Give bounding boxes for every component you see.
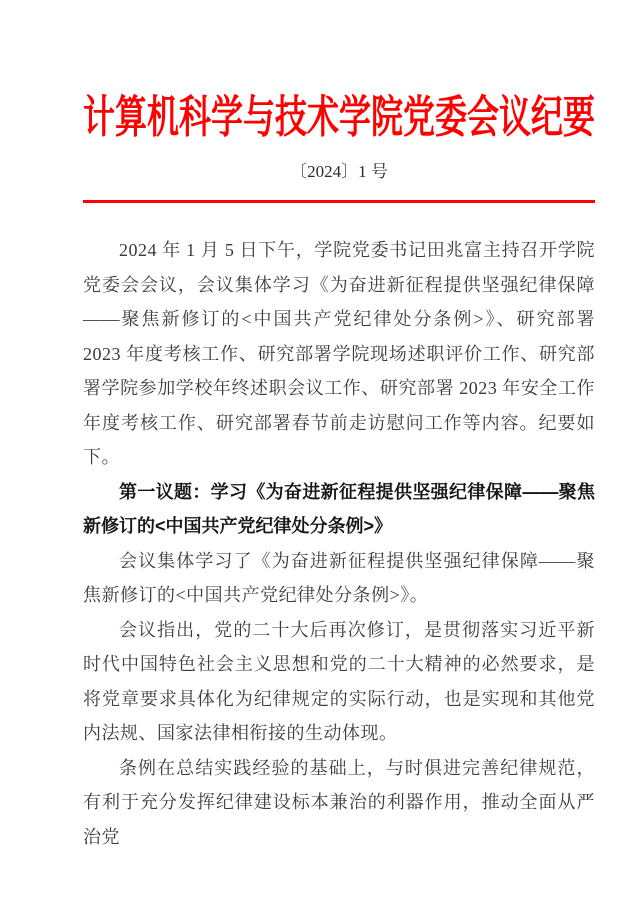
paragraph-collective-study: 会议集体学习了《为奋进新征程提供坚强纪律保障——聚焦新修订的<中国共产党纪律处分…	[83, 544, 595, 613]
document-content: 计算机科学与技术学院党委会议纪要 〔2024〕1 号 2024 年 1 月 5 …	[0, 0, 639, 854]
document-page: 计算机科学与技术学院党委会议纪要 〔2024〕1 号 2024 年 1 月 5 …	[0, 0, 639, 905]
document-number: 〔2024〕1 号	[83, 162, 595, 182]
paragraph-meeting-intro: 2024 年 1 月 5 日下午，学院党委书记田兆富主持召开学院党委会会议，会议…	[83, 233, 595, 475]
document-header: 计算机科学与技术学院党委会议纪要 〔2024〕1 号	[83, 0, 595, 203]
document-body: 2024 年 1 月 5 日下午，学院党委书记田兆富主持召开学院党委会会议，会议…	[83, 233, 595, 854]
paragraph-regulations-summary: 条例在总结实践经验的基础上，与时俱进完善纪律规范，有利于充分发挥纪律建设标本兼治…	[83, 751, 595, 855]
paragraph-meeting-pointed-out: 会议指出，党的二十大后再次修订，是贯彻落实习近平新时代中国特色社会主义思想和党的…	[83, 613, 595, 751]
header-divider-line	[83, 200, 595, 203]
section-heading-first-topic: 第一议题：学习《为奋进新征程提供坚强纪律保障——聚焦新修订的<中国共产党纪律处分…	[83, 475, 595, 544]
document-title: 计算机科学与技术学院党委会议纪要	[83, 85, 595, 148]
